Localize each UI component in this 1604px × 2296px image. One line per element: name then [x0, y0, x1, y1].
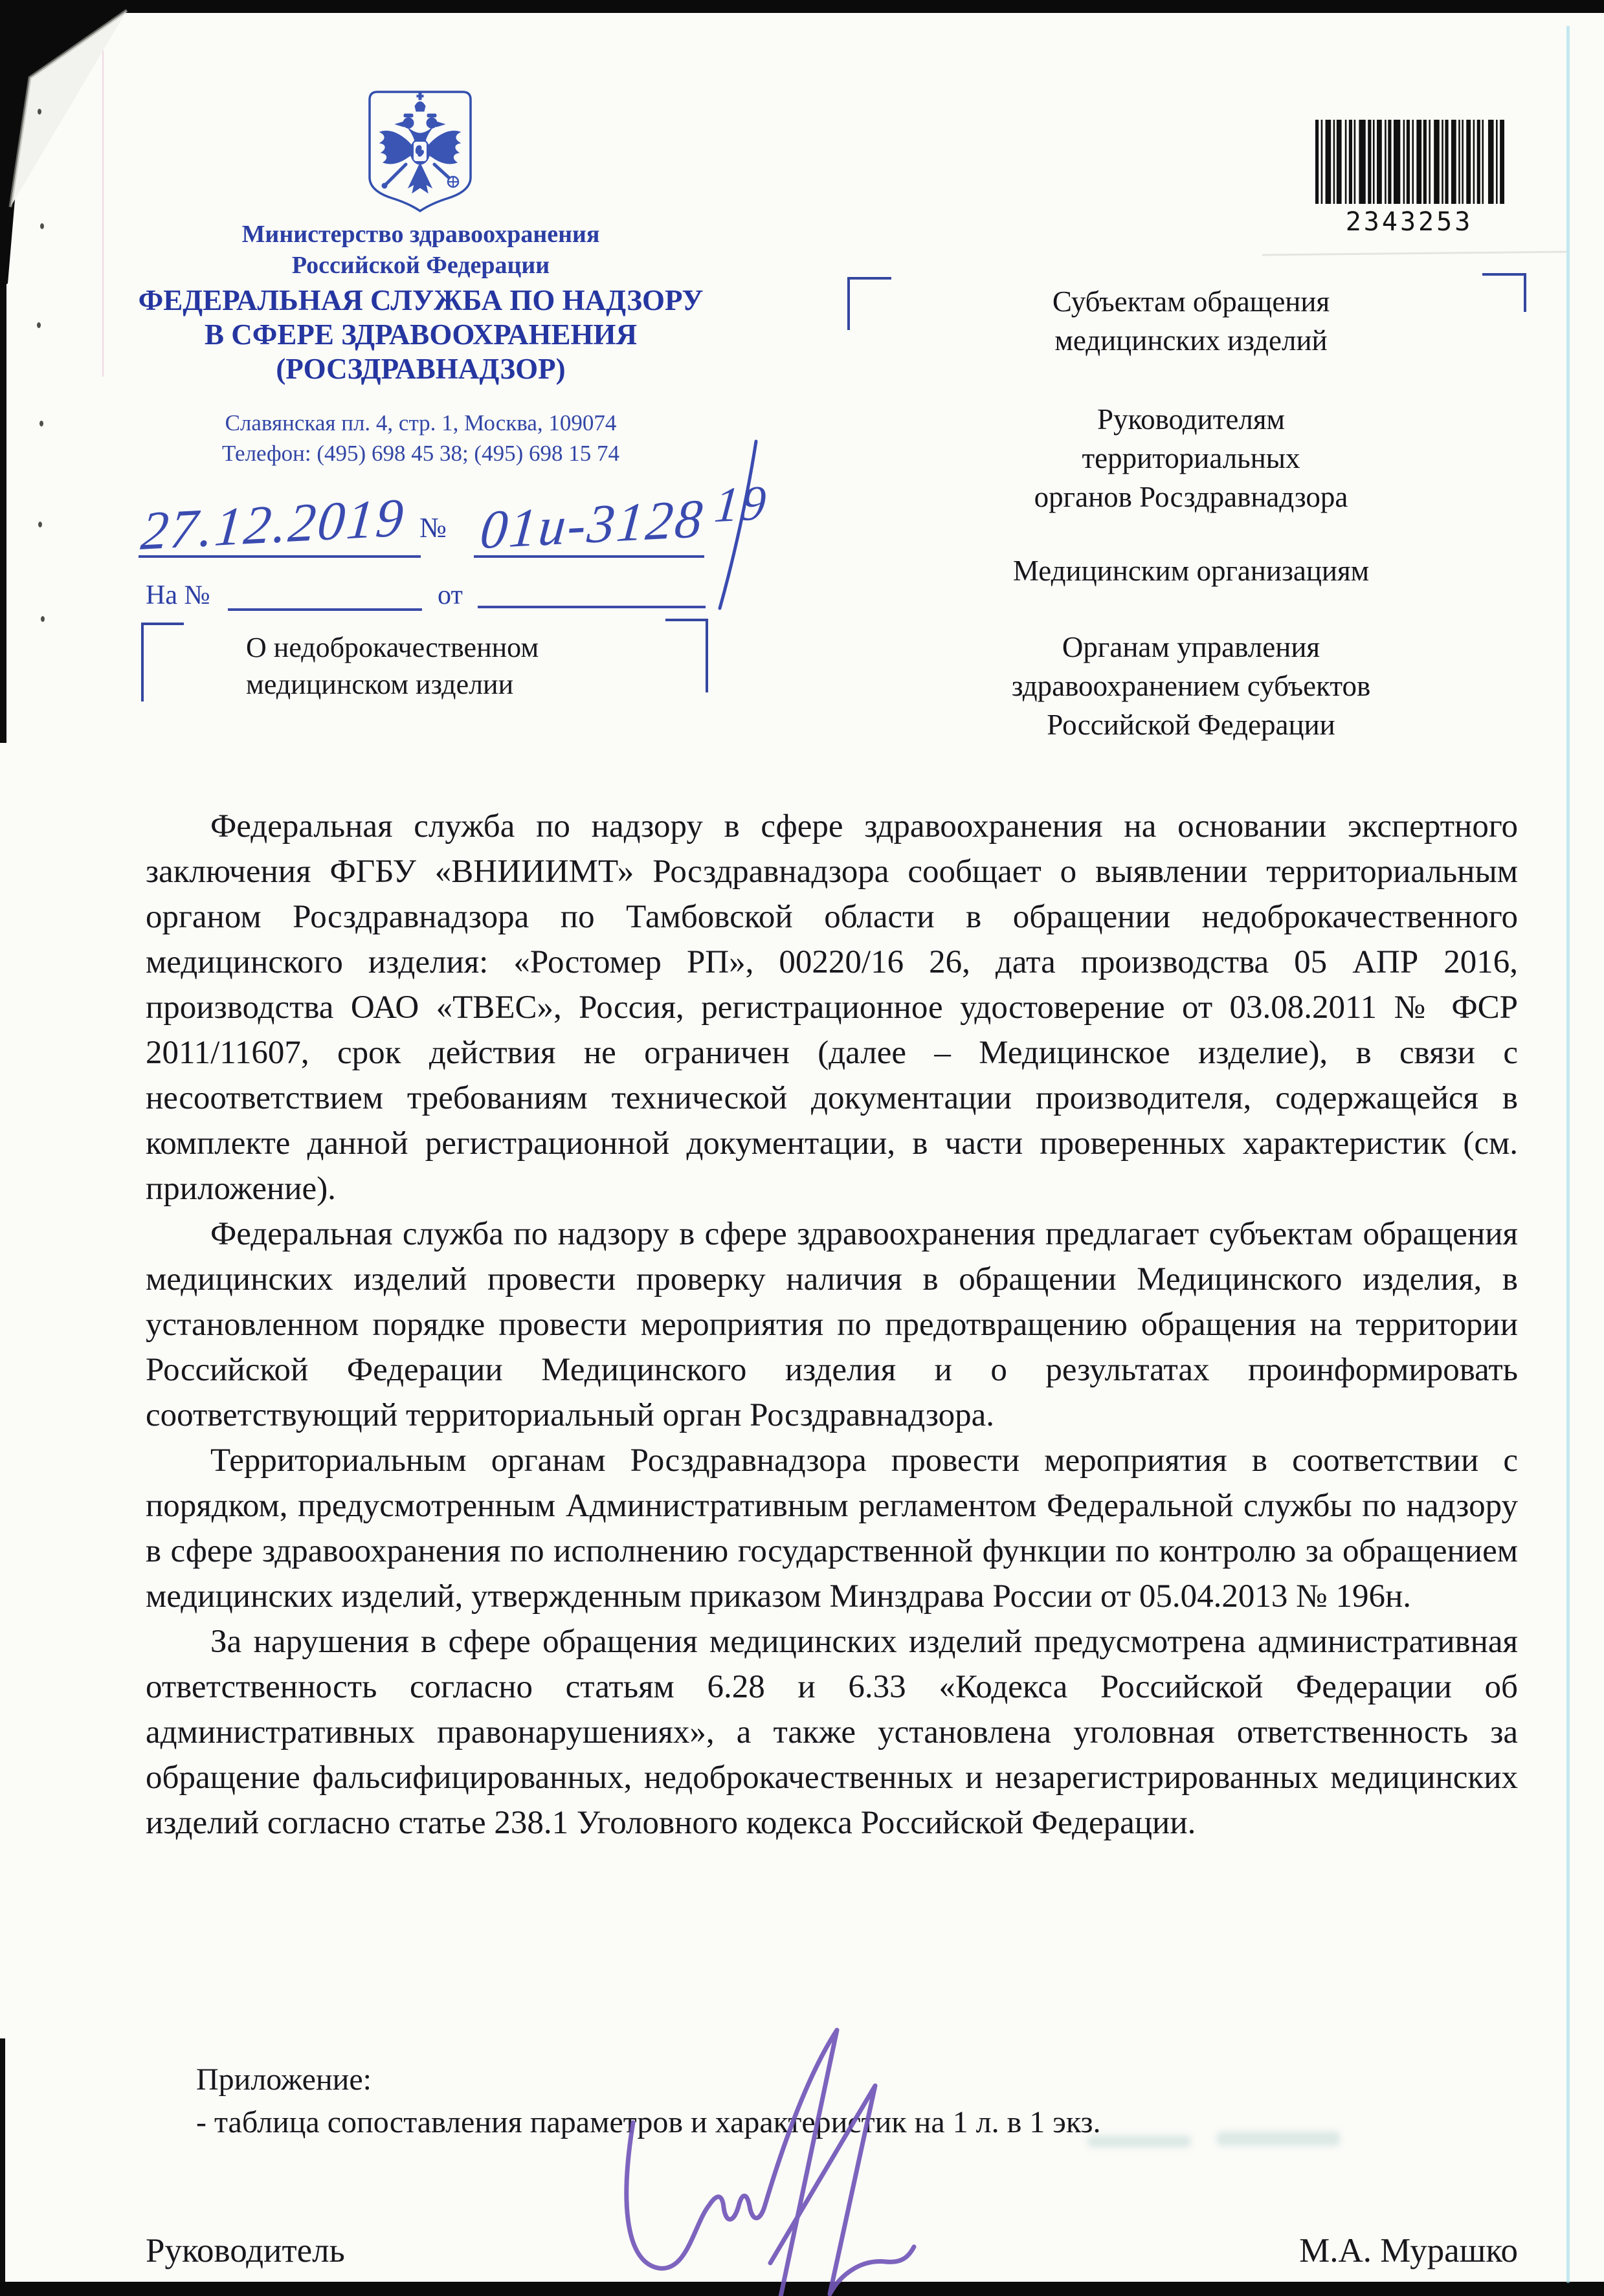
org-contacts: Славянская пл. 4, стр. 1, Москва, 109074…	[129, 408, 712, 469]
signature-autograph	[557, 2022, 997, 2296]
recipient-line: территориальных	[877, 439, 1505, 478]
subject-line: О недоброкачественном	[246, 629, 712, 666]
body-paragraph: Федеральная служба по надзору в сфере зд…	[146, 804, 1518, 1211]
barcode	[1315, 120, 1504, 204]
recipient-line: Органам управления	[877, 628, 1505, 667]
faint-stamp-remnant	[1217, 2132, 1340, 2146]
recipient-line: Субъектам обращения	[877, 282, 1505, 321]
reply-ref-label: На №	[146, 580, 210, 611]
reply-from-underline	[478, 606, 706, 608]
ministry-line: Российской Федерации	[129, 250, 712, 281]
recipient-group: Руководителям территориальных органов Ро…	[877, 400, 1505, 516]
scan-edge-left-lower	[0, 2038, 5, 2296]
agency-name: ФЕДЕРАЛЬНАЯ СЛУЖБА ПО НАДЗОРУ В СФЕРЕ ЗД…	[113, 283, 728, 386]
recipient-line: Медицинским организациям	[877, 551, 1505, 590]
barcode-number: 2343253	[1315, 207, 1503, 237]
ref-number-sign: №	[419, 511, 447, 544]
recipient-line: Руководителям	[877, 400, 1505, 439]
body-paragraph: Территориальным органам Росздравнадзора …	[146, 1438, 1518, 1619]
org-address: Славянская пл. 4, стр. 1, Москва, 109074	[129, 408, 712, 438]
ref-number-underline	[474, 555, 704, 558]
recipient-line: здравоохранением субъектов	[877, 667, 1505, 705]
scanned-letter-page: Министерство здравоохранения Российской …	[0, 0, 1604, 2296]
scan-cyan-line	[1566, 26, 1570, 2283]
agency-line: (РОСЗДРАВНАДЗОР)	[113, 352, 728, 386]
ref-date-handwritten: 27.12.2019	[139, 486, 408, 563]
ministry-name: Министерство здравоохранения Российской …	[129, 219, 712, 281]
ref-number-suffix-handwritten: 19	[712, 475, 770, 535]
agency-line: В СФЕРЕ ЗДРАВООХРАНЕНИЯ	[113, 318, 728, 352]
faint-stamp-remnant	[1087, 2136, 1191, 2147]
scan-sticker-edge	[1262, 251, 1566, 256]
recipients-block: Субъектам обращения медицинских изделий …	[877, 282, 1505, 782]
russia-coat-of-arms-icon	[367, 89, 473, 214]
recipient-group: Медицинским организациям	[877, 551, 1505, 590]
scan-speck	[38, 522, 42, 527]
reply-ref-underline	[228, 608, 422, 611]
agency-line: ФЕДЕРАЛЬНАЯ СЛУЖБА ПО НАДЗОРУ	[113, 283, 728, 318]
subject-block: О недоброкачественном медицинском издели…	[246, 629, 712, 703]
scan-speck	[40, 223, 44, 229]
scan-speck	[38, 109, 41, 115]
scan-speck	[37, 322, 41, 328]
scan-speck	[39, 421, 43, 426]
signer-title: Руководитель	[146, 2231, 345, 2270]
letter-body: Федеральная служба по надзору в сфере зд…	[146, 804, 1518, 1846]
signer-name: М.А. Мурашко	[1299, 2231, 1518, 2270]
recipient-group: Органам управления здравоохранением субъ…	[877, 628, 1505, 744]
recipient-line: органов Росздравнадзора	[877, 478, 1505, 516]
body-paragraph: Федеральная служба по надзору в сфере зд…	[146, 1211, 1518, 1438]
ministry-line: Министерство здравоохранения	[129, 219, 712, 250]
subject-corner-bracket-left	[141, 623, 184, 701]
subject-line: медицинском изделии	[246, 666, 712, 703]
body-paragraph: За нарушения в сфере обращения медицинск…	[146, 1619, 1518, 1846]
ref-number-handwritten: 01и-3128	[478, 487, 707, 562]
recipient-line: Российской Федерации	[877, 705, 1505, 744]
recipient-group: Субъектам обращения медицинских изделий	[877, 282, 1505, 360]
attachment-label: Приложение:	[196, 2062, 372, 2097]
scan-edge-top	[0, 0, 1604, 13]
recipient-line: медицинских изделий	[877, 321, 1505, 360]
scan-speck	[41, 616, 45, 622]
org-phone: Телефон: (495) 698 45 38; (495) 698 15 7…	[129, 438, 712, 469]
ref-date-underline	[139, 555, 421, 558]
reply-from-label: от	[438, 580, 463, 611]
